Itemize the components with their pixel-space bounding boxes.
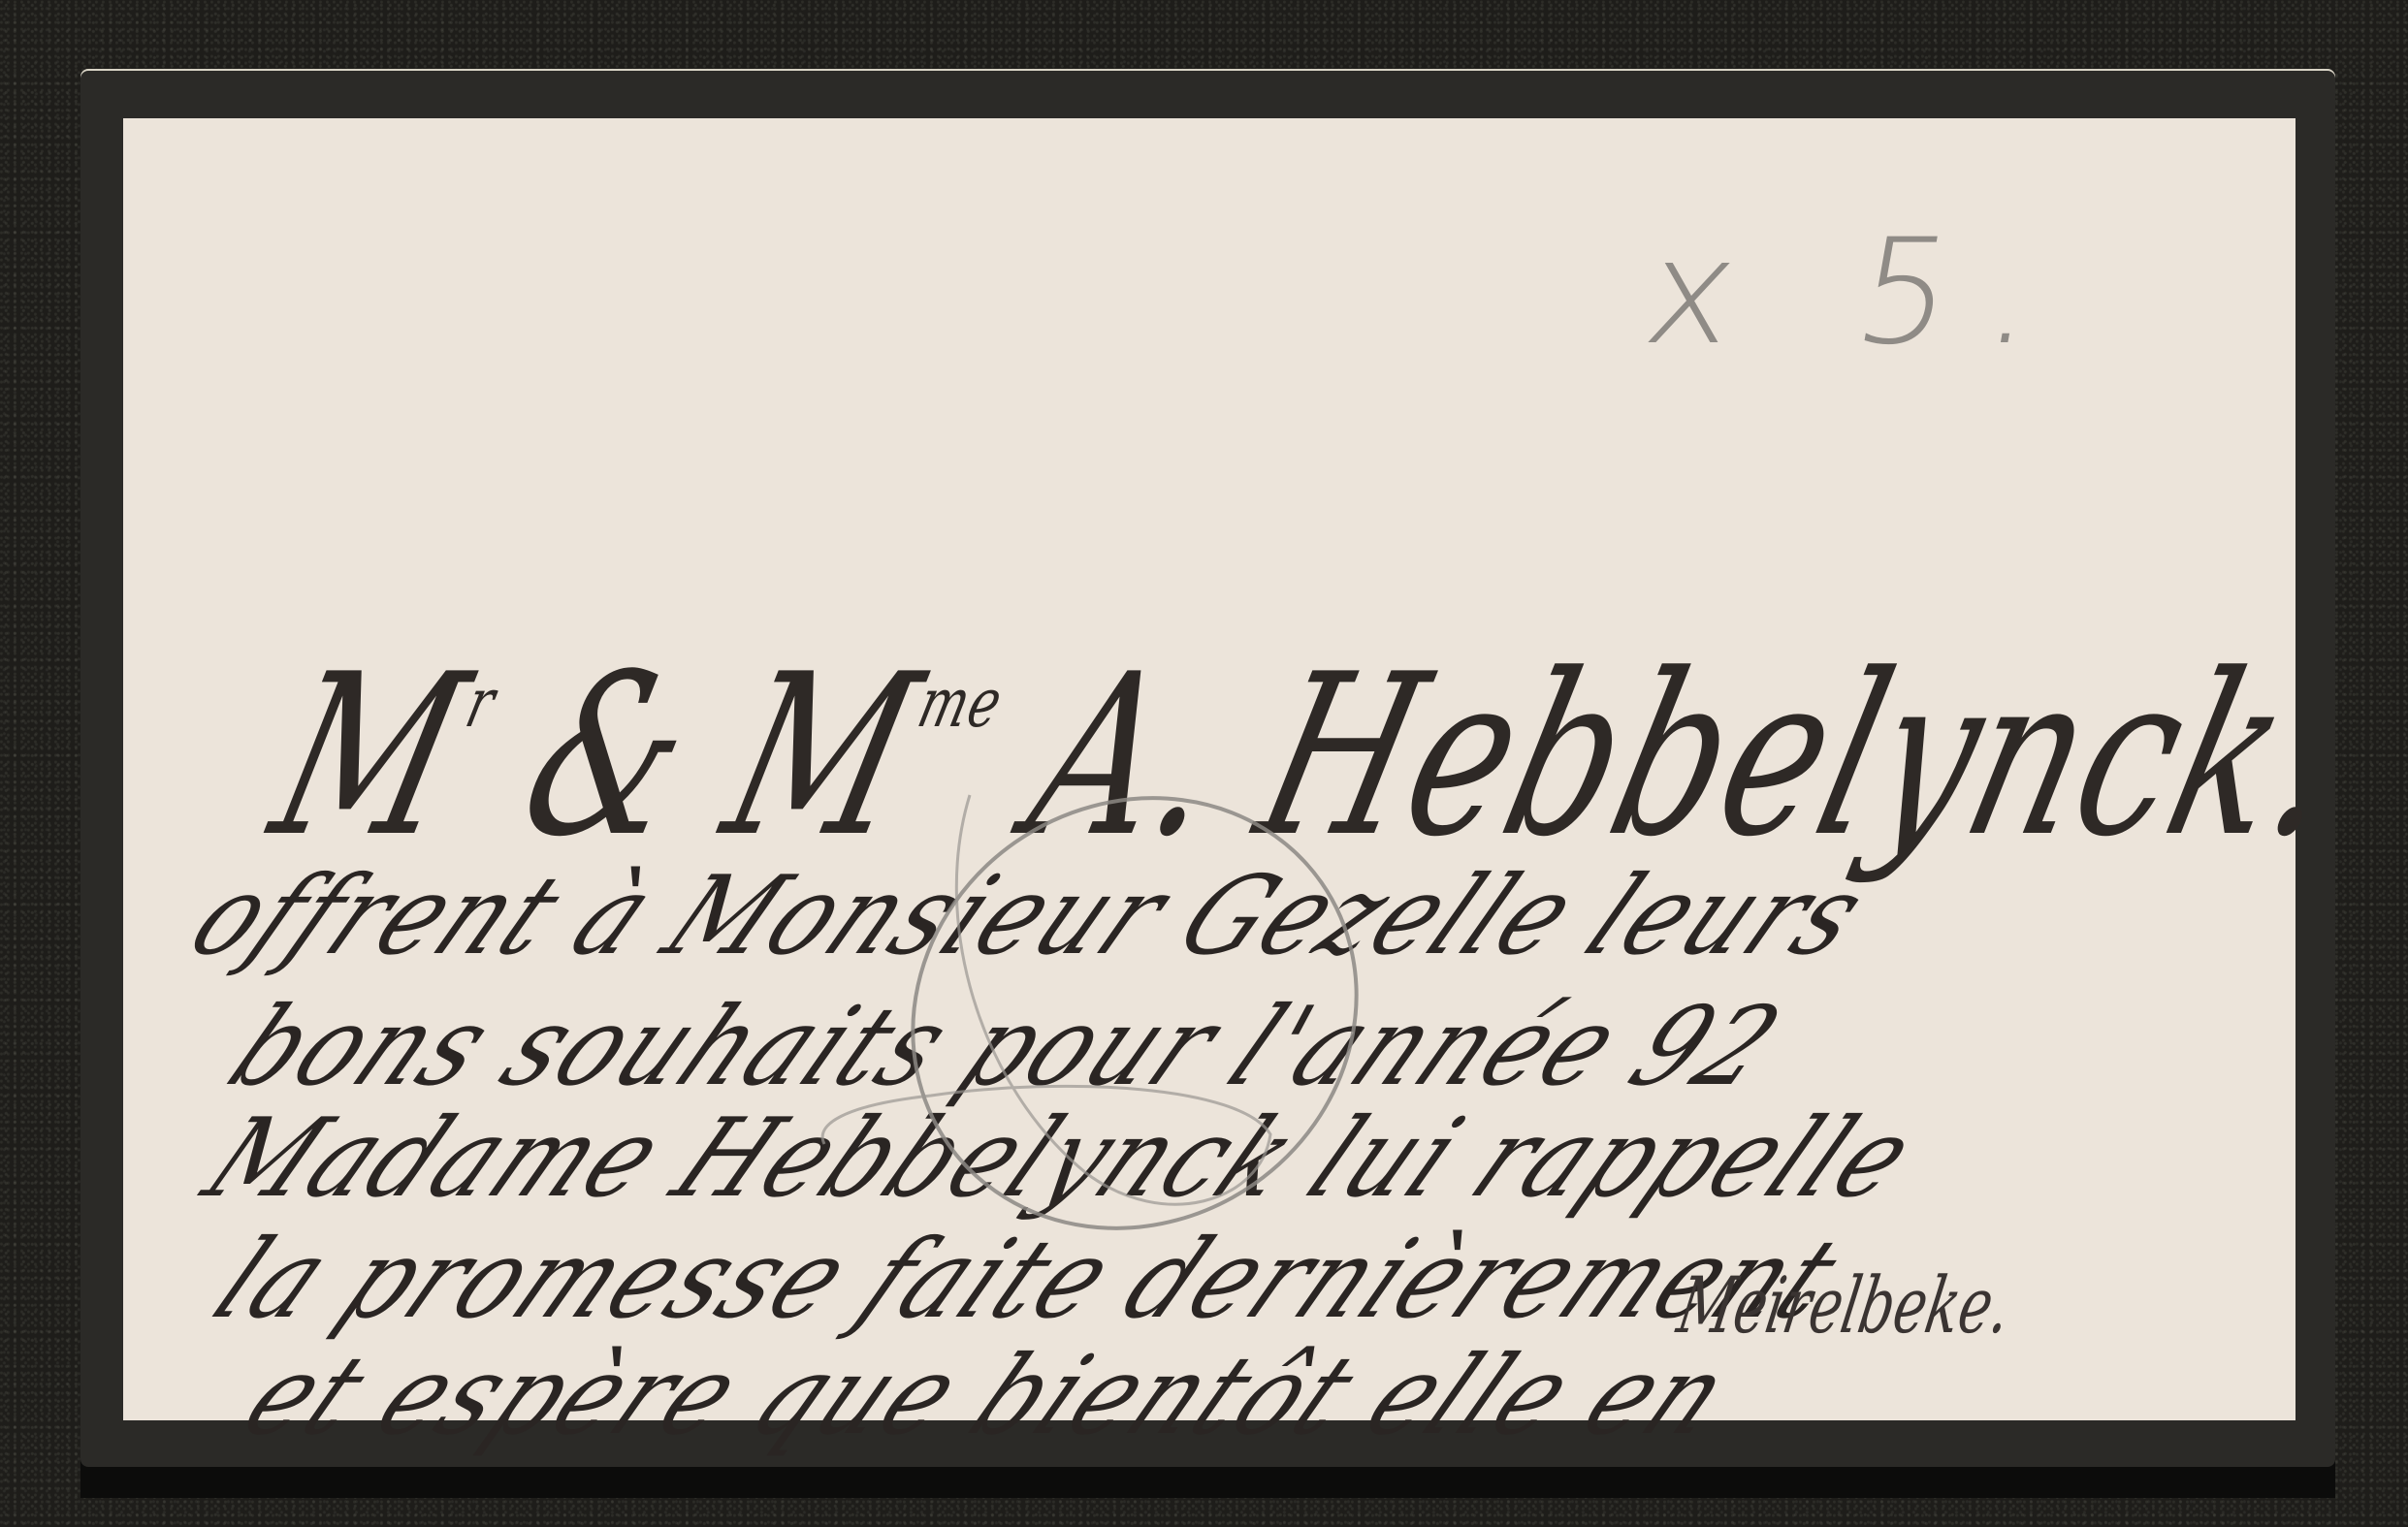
handwritten-line-1: offrent à Monsieur Gezelle leurs [170,853,1889,979]
pencil-note-x5: x 5. [1634,208,2090,377]
handwritten-line-5: et espère que bientôt elle en [223,1333,1752,1459]
family-name: A. Hebbelynck. [955,627,2366,886]
printed-name-line: Mr & Mme A. Hebbelynck. [253,577,1650,883]
handwritten-line-4: la promesse faite dernièrement [194,1217,1862,1343]
handwritten-line-3: Madame Hebbelynck lui rappelle [184,1096,1938,1222]
handwritten-line-2: bons souhaits pour l'année 92 [209,984,1803,1110]
printed-place-name: Meirelbeke. [1672,1260,2017,1351]
